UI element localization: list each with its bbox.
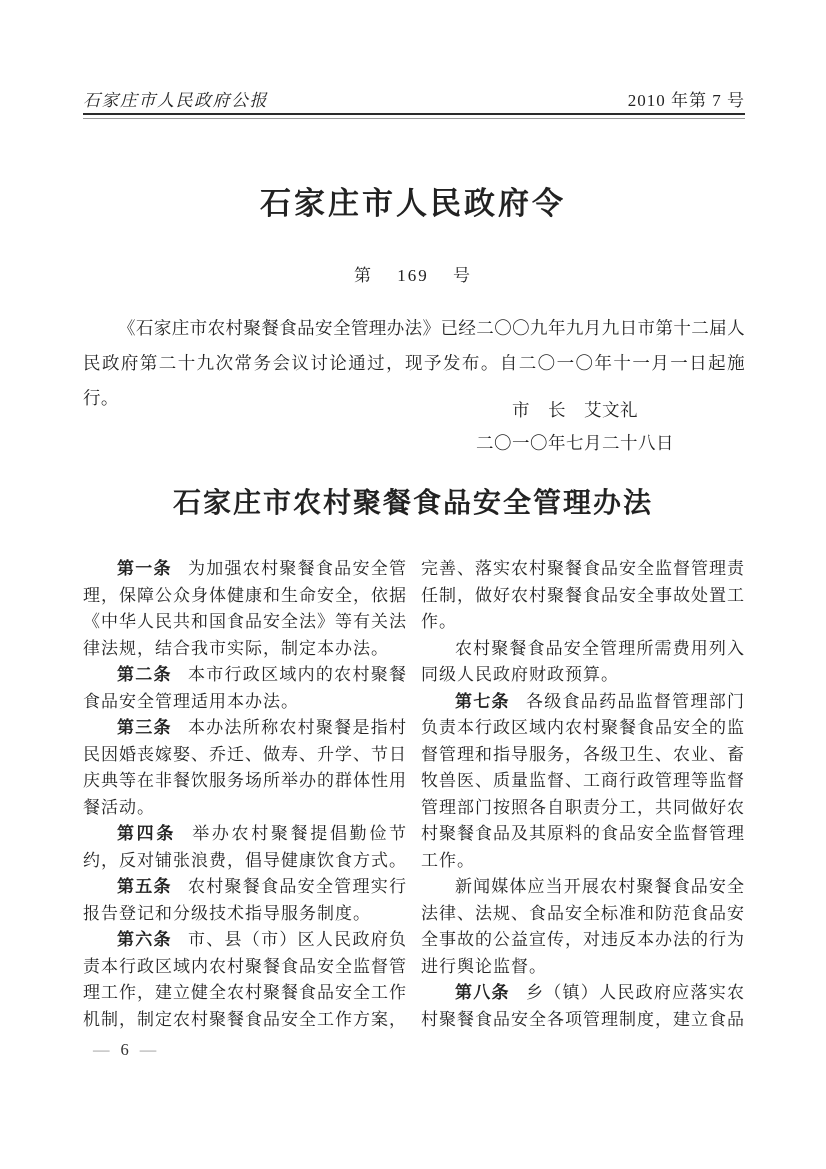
paragraph-article-5: 第五条农村聚餐食品安全管理实行报告登记和分级技术指导服务制度。 [83,874,407,927]
header-rule-thick [83,113,745,115]
article-text: 完善、落实农村聚餐食品安全监督管理责任制，做好农村聚餐食品安全事故处置工作。 [421,559,745,631]
article-label: 第六条 [117,930,172,949]
paragraph-article-6: 第六条市、县（市）区人民政府负责本行政区域内农村聚餐食品安全监督管理工作，建立健… [83,927,407,1033]
article-label: 第五条 [117,877,172,896]
paragraph-article-7-sub: 新闻媒体应当开展农村聚餐食品安全法律、法规、食品安全标准和防范食品安全事故的公益… [421,874,745,980]
order-number: 第 169 号 [0,261,826,286]
page-footer: —6— [93,1040,158,1060]
gazette-page: 石家庄市人民政府公报 2010 年第 7 号 石家庄市人民政府令 第 169 号… [0,0,826,1169]
paragraph-article-6-continued: 完善、落实农村聚餐食品安全监督管理责任制，做好农村聚餐食品安全事故处置工作。 [421,556,745,636]
order-title: 石家庄市人民政府令 [0,178,826,223]
signature-name: 市 长 艾文礼 [425,394,725,427]
paragraph-article-4: 第四条举办农村聚餐提倡勤俭节约，反对铺张浪费，倡导健康饮食方式。 [83,821,407,874]
issue-number: 2010 年第 7 号 [628,86,745,111]
regulation-title: 石家庄市农村聚餐食品安全管理办法 [0,481,826,521]
signature-date: 二〇一〇年七月二十八日 [425,427,725,460]
paragraph-article-8: 第八条乡（镇）人民政府应落实农村聚餐食品安全各项管理制度，建立食品 [421,980,745,1033]
article-text: 农村聚餐食品安全管理所需费用列入同级人民政府财政预算。 [421,639,745,685]
article-label: 第四条 [117,824,176,843]
paragraph-article-1: 第一条为加强农村聚餐食品安全管理，保障公众身体健康和生命安全，依据《中华人民共和… [83,556,407,662]
paragraph-article-2: 第二条本市行政区域内的农村聚餐食品安全管理适用本办法。 [83,662,407,715]
journal-title: 石家庄市人民政府公报 [83,86,268,111]
column-right: 完善、落实农村聚餐食品安全监督管理责任制，做好农村聚餐食品安全事故处置工作。 农… [421,556,745,1033]
running-head: 石家庄市人民政府公报 2010 年第 7 号 [83,86,745,111]
page-number: 6 [121,1040,131,1059]
article-text: 新闻媒体应当开展农村聚餐食品安全法律、法规、食品安全标准和防范食品安全事故的公益… [421,877,745,976]
regulation-body: 第一条为加强农村聚餐食品安全管理，保障公众身体健康和生命安全，依据《中华人民共和… [83,556,745,1033]
article-label: 第三条 [117,718,172,737]
header-rule-thin [83,118,745,119]
article-label: 第七条 [455,692,510,711]
article-label: 第二条 [117,665,172,684]
column-left: 第一条为加强农村聚餐食品安全管理，保障公众身体健康和生命安全，依据《中华人民共和… [83,556,407,1033]
paragraph-article-3: 第三条本办法所称农村聚餐是指村民因婚丧嫁娶、乔迁、做寿、升学、节日庆典等在非餐饮… [83,715,407,821]
article-text: 各级食品药品监督管理部门负责本行政区域内农村聚餐食品安全的监督管理和指导服务，各… [421,692,745,870]
signature-block: 市 长 艾文礼 二〇一〇年七月二十八日 [425,394,725,460]
article-label: 第八条 [455,983,510,1002]
paragraph-article-6-sub: 农村聚餐食品安全管理所需费用列入同级人民政府财政预算。 [421,636,745,689]
article-label: 第一条 [117,559,172,578]
footer-dash-left: — [93,1040,112,1059]
paragraph-article-7: 第七条各级食品药品监督管理部门负责本行政区域内农村聚餐食品安全的监督管理和指导服… [421,689,745,875]
footer-dash-right: — [140,1040,159,1059]
